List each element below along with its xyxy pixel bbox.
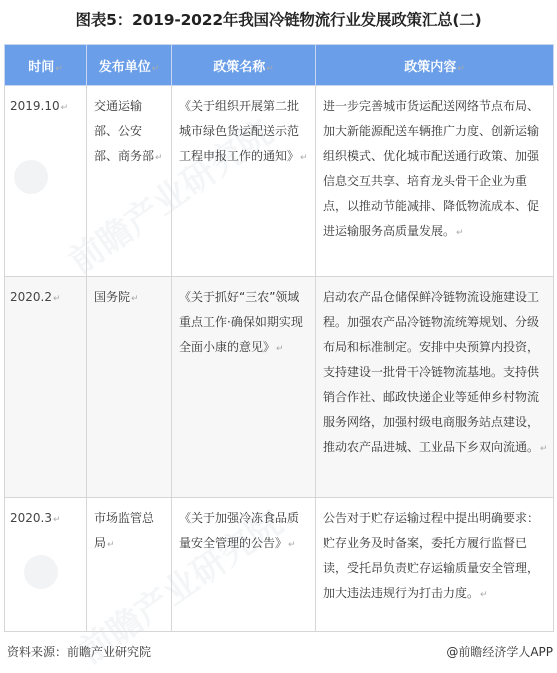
table-row: 2019.10↵ 交通运输部、公安部、商务部↵ 《关于组织开展第二批城市绿色货运… <box>5 86 554 277</box>
table-row: 2020.2↵ 国务院↵ 《关于抓好“三农”领域重点工作·确保如期实现全面小康的… <box>5 277 554 498</box>
policy-table: 时间↵ 发布单位↵ 政策名称↵ 政策内容↵ 2019.10↵ 交通运输部、公安部… <box>4 44 554 632</box>
date-text: 2020.3 <box>10 511 52 525</box>
policy-content-text: 进一步完善城市货运配送网络节点布局、加大新能源配送车辆推广力度、创新运输组织模式… <box>323 99 539 238</box>
return-mark-icon: ↵ <box>457 64 465 74</box>
header-label: 时间 <box>28 60 54 75</box>
policy-name-text: 《关于组织开展第二批城市绿色货运配送示范工程申报工作的通知》 <box>179 99 299 163</box>
return-mark-icon: ↵ <box>266 64 274 74</box>
return-mark-icon: ↵ <box>53 294 61 304</box>
header-issuer: 发布单位↵ <box>87 45 172 86</box>
return-mark-icon: ↵ <box>131 294 139 304</box>
return-mark-icon: ↵ <box>276 344 284 354</box>
issuer-text: 交通运输部、公安部、商务部 <box>94 99 154 163</box>
header-policy-name: 政策名称↵ <box>172 45 316 86</box>
policy-name-text: 《关于加强冷冻食品质量安全管理的公告》 <box>179 511 299 550</box>
return-mark-icon: ↵ <box>53 515 61 525</box>
cell-policy-name: 《关于抓好“三农”领域重点工作·确保如期实现全面小康的意见》↵ <box>172 277 316 498</box>
table-row: 2020.3↵ 市场监管总局↵ 《关于加强冷冻食品质量安全管理的公告》↵ 公告对… <box>5 498 554 632</box>
return-mark-icon: ↵ <box>55 64 63 74</box>
header-label: 发布单位 <box>99 60 151 75</box>
policy-content-text: 公告对于贮存运输过程中提出明确要求：贮存业务及时备案，委托方履行监督已读，受托昂… <box>323 511 539 600</box>
cell-policy-name: 《关于加强冷冻食品质量安全管理的公告》↵ <box>172 498 316 632</box>
return-mark-icon: ↵ <box>107 540 115 550</box>
header-date: 时间↵ <box>5 45 87 86</box>
cell-policy-name: 《关于组织开展第二批城市绿色货运配送示范工程申报工作的通知》↵ <box>172 86 316 277</box>
header-policy-content: 政策内容↵ <box>316 45 554 86</box>
return-mark-icon: ↵ <box>61 103 69 113</box>
cell-issuer: 国务院↵ <box>87 277 172 498</box>
header-label: 政策内容 <box>404 60 456 75</box>
cell-policy-content: 公告对于贮存运输过程中提出明确要求：贮存业务及时备案，委托方履行监督已读，受托昂… <box>316 498 554 632</box>
return-mark-icon: ↵ <box>155 153 163 163</box>
date-text: 2019.10 <box>10 99 60 113</box>
return-mark-icon: ↵ <box>152 64 160 74</box>
cell-date: 2019.10↵ <box>5 86 87 277</box>
return-mark-icon: ↵ <box>456 228 464 238</box>
table-header-row: 时间↵ 发布单位↵ 政策名称↵ 政策内容↵ <box>5 45 554 86</box>
chart-title: 图表5：2019-2022年我国冷链物流行业发展政策汇总(二) <box>0 8 557 30</box>
issuer-text: 国务院 <box>94 290 130 304</box>
return-mark-icon: ↵ <box>480 590 488 600</box>
return-mark-icon: ↵ <box>540 444 548 454</box>
date-text: 2020.2 <box>10 290 52 304</box>
header-label: 政策名称 <box>213 60 265 75</box>
policy-name-text: 《关于抓好“三农”领域重点工作·确保如期实现全面小康的意见》 <box>179 290 303 354</box>
policy-content-text: 启动农产品仓储保鲜冷链物流设施建设工程。加强农产品冷链物流统筹规划、分级布局和标… <box>323 290 539 454</box>
source-note: 资料来源：前瞻产业研究院 <box>7 643 151 660</box>
return-mark-icon: ↵ <box>300 153 308 163</box>
cell-date: 2020.2↵ <box>5 277 87 498</box>
credit-note: @前瞻经济学人APP <box>446 643 553 660</box>
cell-issuer: 市场监管总局↵ <box>87 498 172 632</box>
cell-policy-content: 启动农产品仓储保鲜冷链物流设施建设工程。加强农产品冷链物流统筹规划、分级布局和标… <box>316 277 554 498</box>
cell-policy-content: 进一步完善城市货运配送网络节点布局、加大新能源配送车辆推广力度、创新运输组织模式… <box>316 86 554 277</box>
cell-date: 2020.3↵ <box>5 498 87 632</box>
return-mark-icon: ↵ <box>288 540 296 550</box>
cell-issuer: 交通运输部、公安部、商务部↵ <box>87 86 172 277</box>
issuer-text: 市场监管总局 <box>94 511 154 550</box>
